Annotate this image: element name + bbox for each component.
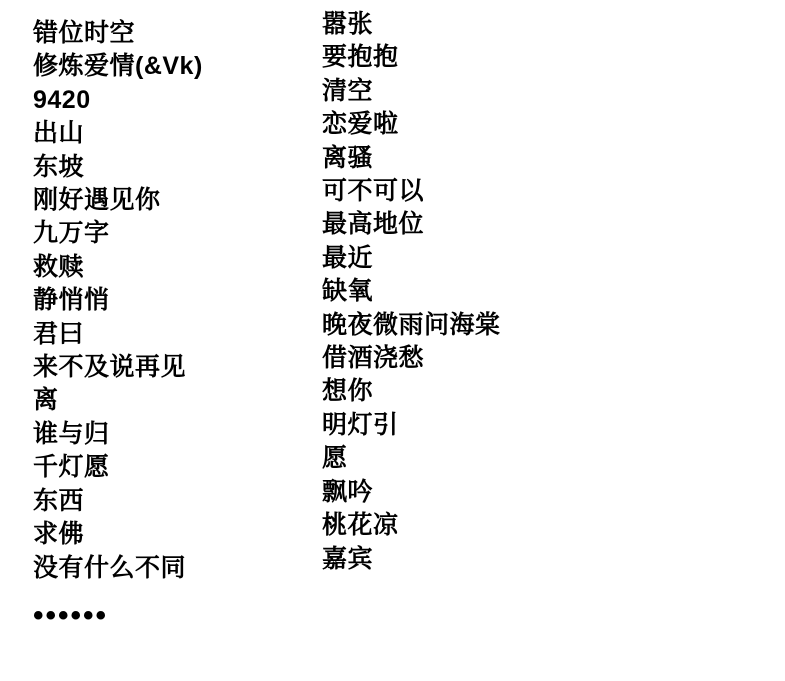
song-title: 东坡 bbox=[33, 151, 203, 184]
song-title: 嘉宾 bbox=[322, 543, 501, 576]
song-title: 飘吟 bbox=[322, 476, 501, 509]
song-title: 桃花凉 bbox=[322, 509, 501, 542]
song-title: 最近 bbox=[322, 242, 501, 275]
song-title: 君曰 bbox=[33, 318, 203, 351]
song-title: 借酒浇愁 bbox=[322, 342, 501, 375]
song-title: 最高地位 bbox=[322, 208, 501, 241]
song-title: 出山 bbox=[33, 117, 203, 150]
song-title: 想你 bbox=[322, 375, 501, 408]
song-list-left-column: 错位时空修炼爱情(&Vk)9420出山东坡刚好遇见你九万字救赎静悄悄君曰来不及说… bbox=[33, 17, 203, 585]
song-title: 离骚 bbox=[322, 142, 501, 175]
song-title: 九万字 bbox=[33, 217, 203, 250]
song-title: 静悄悄 bbox=[33, 284, 203, 317]
song-title: 愿 bbox=[322, 442, 501, 475]
song-title: 来不及说再见 bbox=[33, 351, 203, 384]
song-title: 刚好遇见你 bbox=[33, 184, 203, 217]
song-title: 求佛 bbox=[33, 518, 203, 551]
song-title: 明灯引 bbox=[322, 409, 501, 442]
song-title: 没有什么不同 bbox=[33, 552, 203, 585]
song-title: 清空 bbox=[322, 75, 501, 108]
song-title: 离 bbox=[33, 384, 203, 417]
song-title: 可不可以 bbox=[322, 175, 501, 208]
song-title: 错位时空 bbox=[33, 17, 203, 50]
song-title: 9420 bbox=[33, 84, 203, 117]
song-list-page: 错位时空修炼爱情(&Vk)9420出山东坡刚好遇见你九万字救赎静悄悄君曰来不及说… bbox=[0, 0, 785, 681]
song-title: 要抱抱 bbox=[322, 41, 501, 74]
song-list-right-column: 嚣张要抱抱清空恋爱啦离骚可不可以最高地位最近缺氧晚夜微雨问海棠借酒浇愁想你明灯引… bbox=[322, 8, 501, 576]
more-items-ellipsis: •••••• bbox=[33, 599, 108, 632]
song-title: 东西 bbox=[33, 485, 203, 518]
song-title: 缺氧 bbox=[322, 275, 501, 308]
song-title: 千灯愿 bbox=[33, 451, 203, 484]
song-title: 恋爱啦 bbox=[322, 108, 501, 141]
song-title: 晚夜微雨问海棠 bbox=[322, 309, 501, 342]
song-title: 救赎 bbox=[33, 251, 203, 284]
song-title: 修炼爱情(&Vk) bbox=[33, 50, 203, 83]
song-title: 谁与归 bbox=[33, 418, 203, 451]
song-title: 嚣张 bbox=[322, 8, 501, 41]
